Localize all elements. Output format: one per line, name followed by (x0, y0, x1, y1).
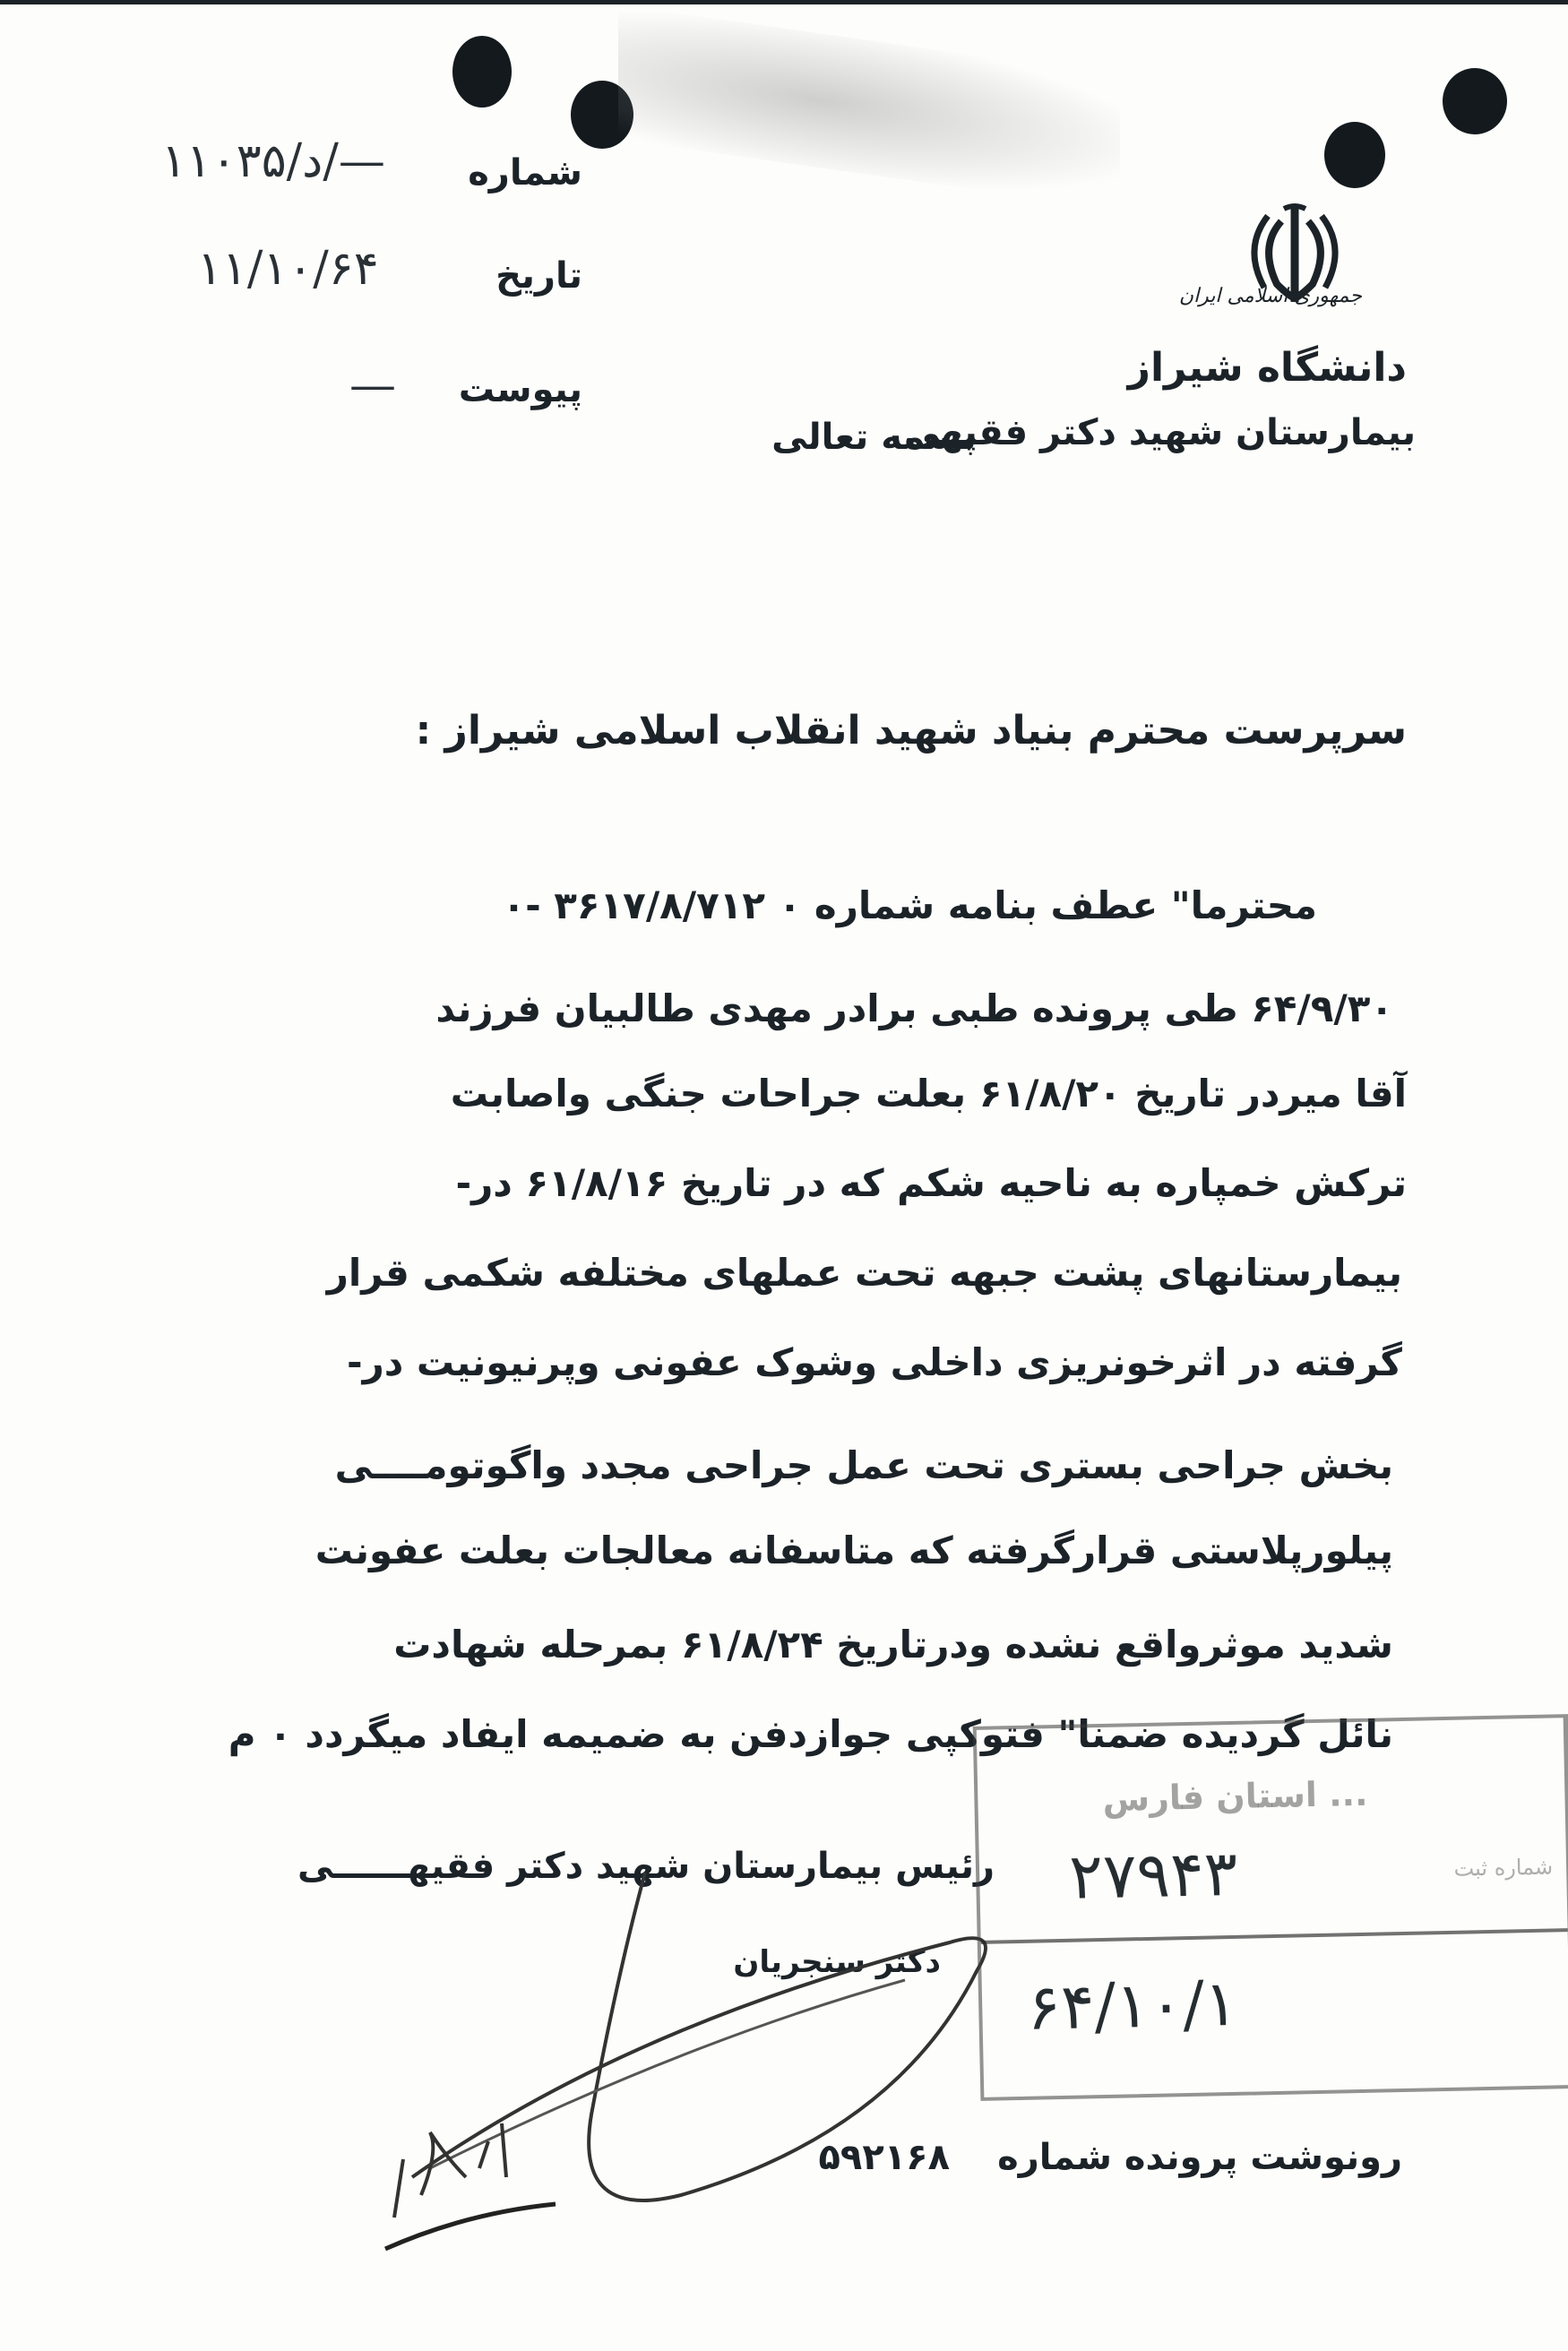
signatory-name: دکتر سنجریان (733, 1944, 941, 1980)
photocopy-smudge (618, 5, 1120, 211)
registration-stamp: ... استان فارس شماره ثبت ۲۷۹۴۳ ۶۴/۱۰/۱ (973, 1714, 1568, 2101)
organization-name: دانشگاه شیراز (1128, 345, 1407, 391)
hole-punch (1443, 68, 1507, 134)
body-line: بخش جراحی بستری تحت عمل جراحی مجدد واگوت… (335, 1447, 1393, 1485)
letter-page: شماره ۱۱۰۳۵/د/— تاریخ ۱۱/۱۰/۶۴ پیوست — ج… (0, 0, 1568, 2351)
invocation: بسمه تعالی (771, 417, 977, 458)
cc-label: رونوشت پرونده شماره (997, 2137, 1402, 2178)
stamp-office-label: ... استان فارس (1102, 1774, 1368, 1819)
body-line: پیلورپلاستی قرارگرفته که متاسفانه معالجا… (315, 1532, 1393, 1570)
body-line: بیمارستانهای پشت جبهه تحت عملهای مختلفه … (327, 1254, 1402, 1292)
stamp-registration-number: ۲۷۹۴۳ (1068, 1837, 1238, 1914)
body-line: ترکش خمپاره به ناحیه شکم که در تاریخ ۶۱/… (456, 1165, 1407, 1202)
stamp-divider (981, 1928, 1568, 1944)
date-value: ۱۱/۱۰/۶۴ (197, 242, 379, 296)
number-label: شماره (468, 152, 582, 194)
cc-file-number: ۵۹۲۱۶۸ (819, 2137, 950, 2178)
date-label: تاریخ (495, 255, 582, 297)
body-line: محترما" عطف بنامه شماره ۰ ۳۶۱۷/۸/۷۱۲ ‐۰ (503, 887, 1317, 925)
body-line: گرفته در اثرخونریزی داخلی وشوک عفونی وپر… (347, 1344, 1402, 1382)
hole-punch (452, 36, 512, 108)
hospital-name: بیمارستان شهید دکتر فقیهی (904, 412, 1416, 453)
hole-punch (1324, 122, 1385, 188)
addressee-line: سرپرست محترم بنیاد شهید انقلاب اسلامی شی… (416, 708, 1407, 754)
stamp-date: ۶۴/۱۰/۱ (1026, 1967, 1238, 2045)
body-line: ۶۴/۹/۳۰ طی پرونده طبی برادر مهدی طالبیان… (435, 990, 1393, 1028)
scan-top-edge (0, 0, 1568, 4)
stamp-registration-label: شماره ثبت (1453, 1854, 1553, 1881)
signatory-title: رئیس بیمارستان شهید دکتر فقیهــــــی (297, 1846, 995, 1887)
body-line: آقا میردر تاریخ ۶۱/۸/۲۰ بعلت جراحات جنگی… (451, 1075, 1407, 1113)
attachment-label: پیوست (459, 369, 582, 410)
emblem-caption: جمهوری اسلامی ایران (1179, 285, 1362, 307)
number-value: ۱۱۰۳۵/د/— (161, 134, 385, 188)
attachment-value: — (349, 358, 401, 412)
body-line: شدید موثرواقع نشده ودرتاریخ ۶۱/۸/۲۴ بمرح… (393, 1626, 1393, 1664)
